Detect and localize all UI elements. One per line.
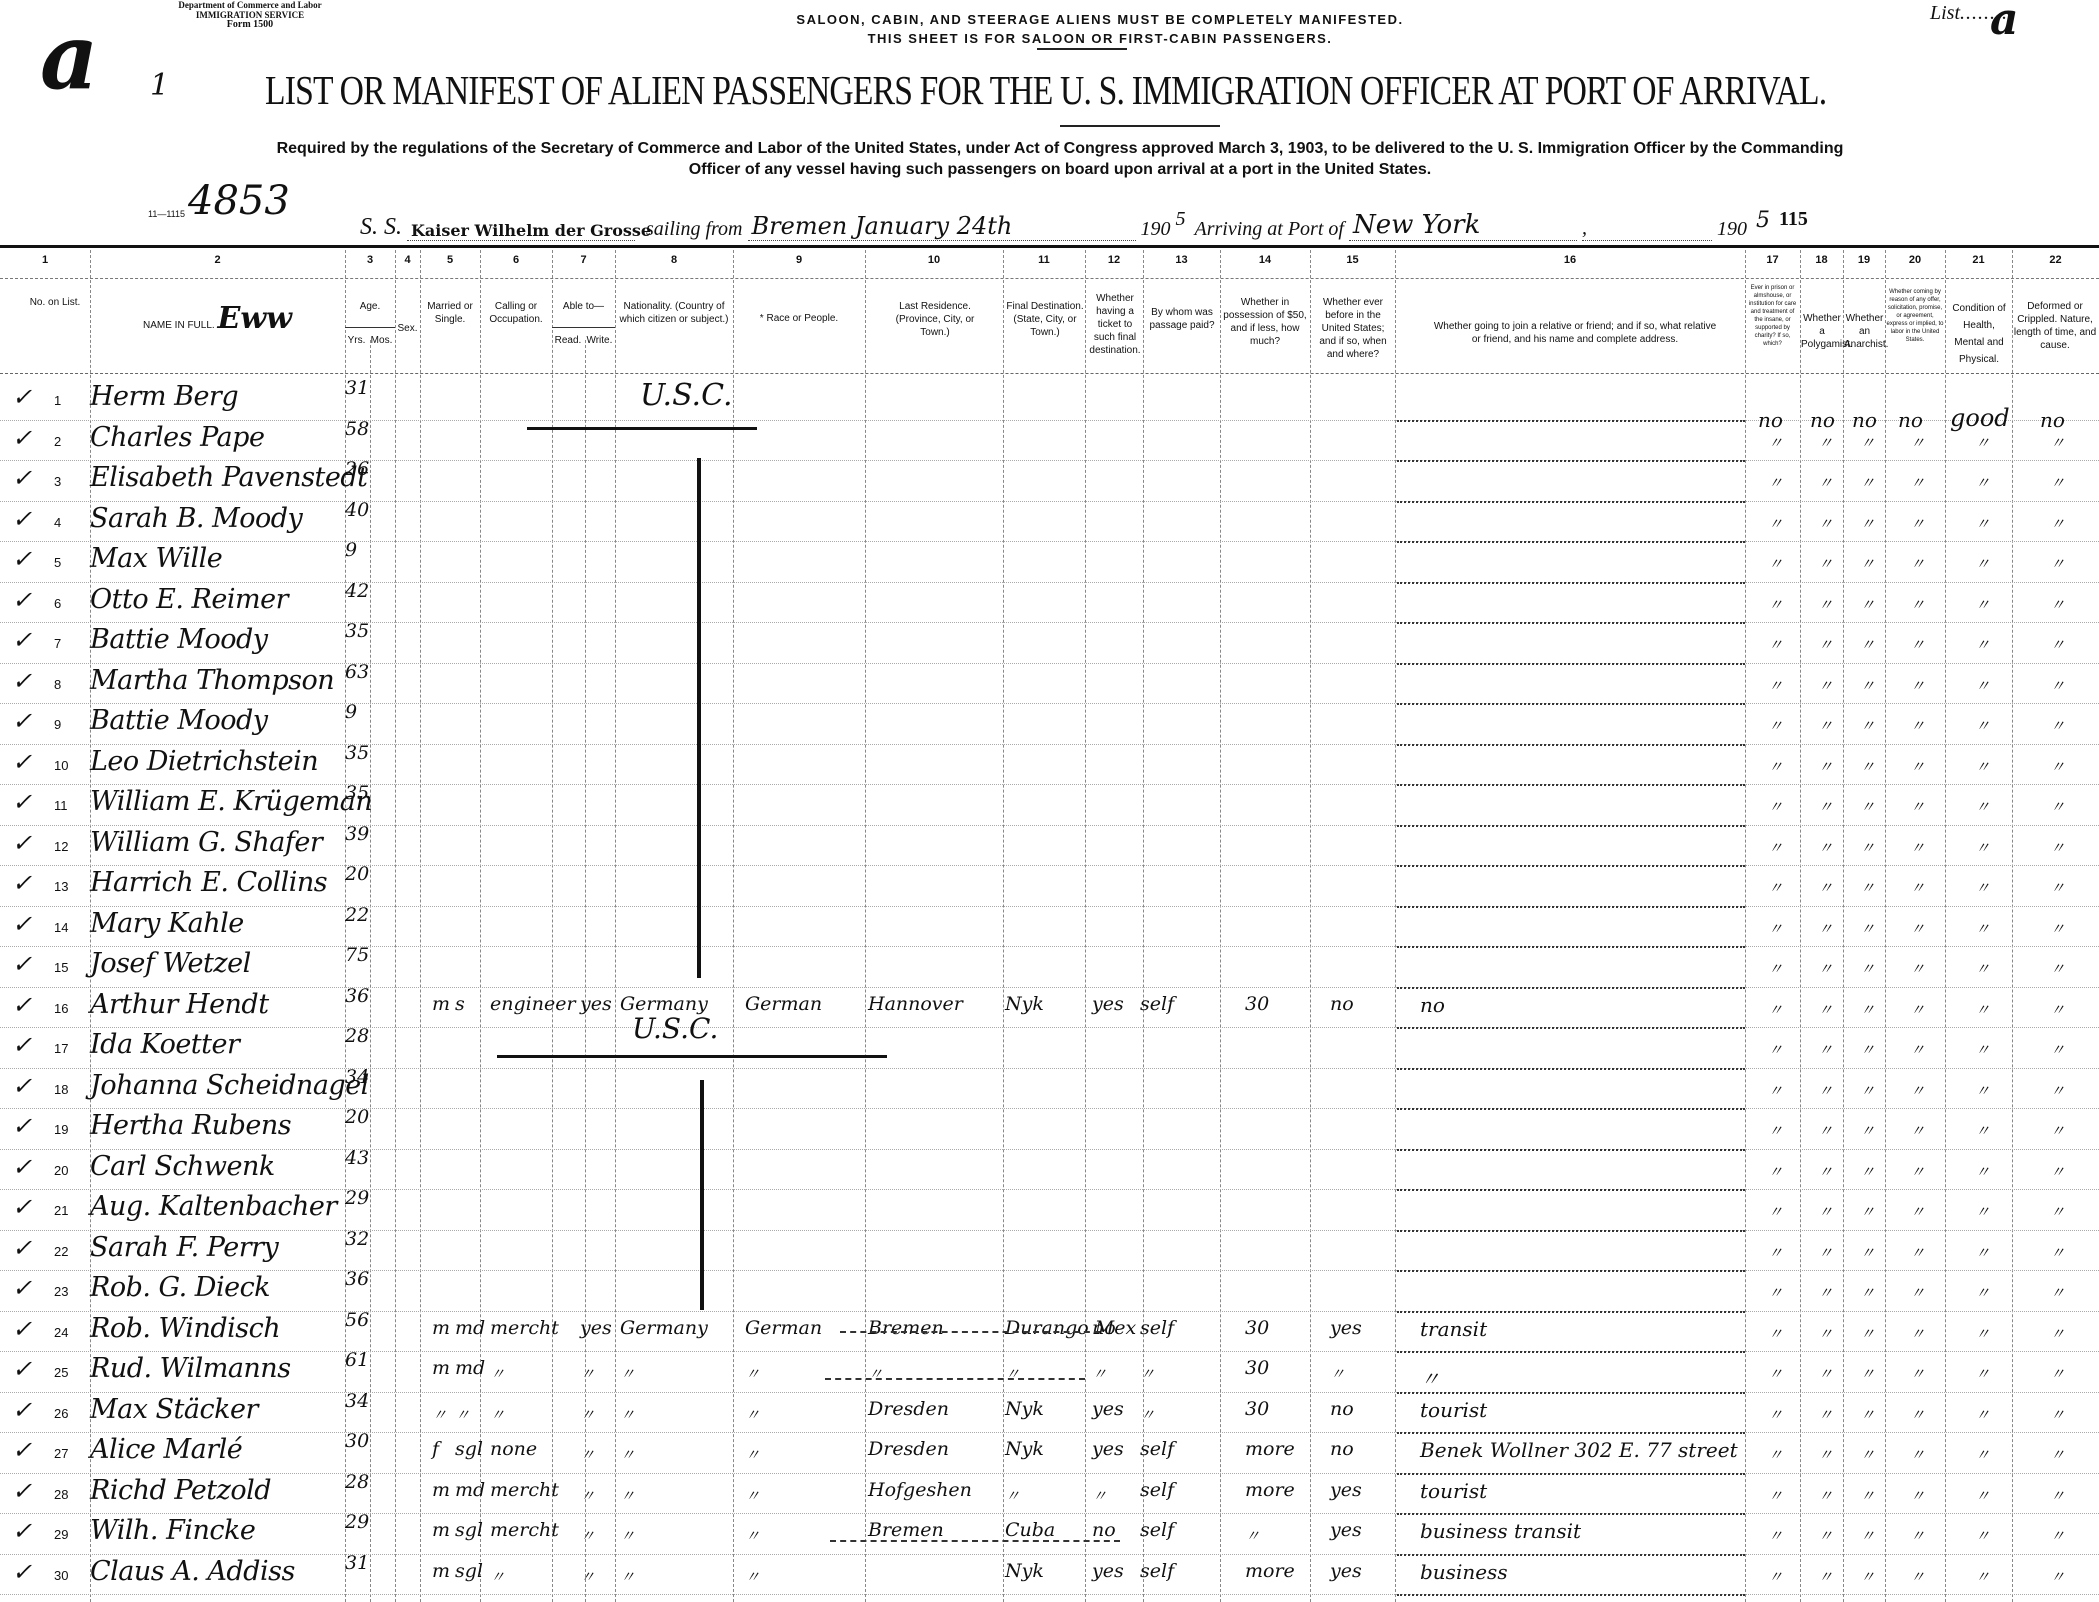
passenger-name: William E. Krügeman xyxy=(90,786,372,817)
ditto-mark: 〃 xyxy=(1910,634,1925,655)
ditto-mark: 〃 xyxy=(1818,1323,1833,1344)
check-mark: ✓ xyxy=(12,1072,32,1100)
ditto-mark: 〃 xyxy=(1818,553,1833,574)
ditto-mark: 〃 xyxy=(1860,1444,1875,1465)
row-last-residence: Dresden xyxy=(868,1398,949,1420)
row-number: 8 xyxy=(54,677,61,692)
passenger-age: 35 xyxy=(345,782,369,804)
sailing-from-label: sailing from xyxy=(646,218,743,241)
check-mark: ✓ xyxy=(12,1112,32,1140)
passenger-age: 9 xyxy=(345,539,357,561)
arriving-port: New York xyxy=(1349,210,1577,241)
ditto-mark: 〃 xyxy=(2050,1566,2065,1587)
row-married: sgl xyxy=(455,1438,483,1460)
ditto-mark: 〃 xyxy=(1910,675,1925,696)
ditto-mark: 〃 xyxy=(1818,796,1833,817)
table-row: ✓21Aug. Kaltenbacher29 xyxy=(0,1191,2099,1232)
ditto-mark: 〃 xyxy=(1860,675,1875,696)
row-occupation: mercht xyxy=(490,1317,559,1339)
ditto-mark: 〃 xyxy=(1860,1525,1875,1546)
ditto-mark: 〃 xyxy=(1910,1485,1925,1506)
column-number: 2 xyxy=(90,254,345,266)
table-row: ✓25Rud. Wilmanns61mmd〃〃〃〃〃〃〃〃30〃〃 xyxy=(0,1353,2099,1394)
ditto-mark: 〃 xyxy=(1818,837,1833,858)
row-read-write: 〃 xyxy=(580,1363,595,1384)
ditto-mark: 〃 xyxy=(1860,796,1875,817)
ditto-mark: 〃 xyxy=(1818,1566,1833,1587)
passenger-name: Max Stäcker xyxy=(90,1394,258,1425)
column-number: 16 xyxy=(1395,254,1745,266)
row-join-relative: business transit xyxy=(1420,1519,1581,1543)
row-paid-by: self xyxy=(1140,1560,1174,1582)
ditto-mark: 〃 xyxy=(1975,1039,1990,1060)
check-mark: ✓ xyxy=(12,545,32,573)
table-row: ✓1Herm Berg31 xyxy=(0,381,2099,422)
row-last-residence: Hannover xyxy=(868,993,963,1015)
passenger-name: Leo Dietrichstein xyxy=(90,746,318,777)
row-before-in-us: yes xyxy=(1330,1479,1362,1501)
row-number: 7 xyxy=(54,636,61,651)
ditto-mark: 〃 xyxy=(2050,796,2065,817)
check-mark: ✓ xyxy=(12,1031,32,1059)
row-sex: m xyxy=(432,1479,450,1501)
row-money: 30 xyxy=(1245,1357,1269,1379)
passenger-age: 31 xyxy=(345,377,369,399)
row-married: 〃 xyxy=(455,1404,470,1425)
warning-line-1: SALOON, CABIN, AND STEERAGE ALIENS MUST … xyxy=(600,10,1600,29)
check-mark: ✓ xyxy=(12,1477,32,1505)
row-ticket: no xyxy=(1092,1519,1116,1541)
ditto-mark: 〃 xyxy=(1818,675,1833,696)
check-mark: ✓ xyxy=(12,505,32,533)
ditto-mark: 〃 xyxy=(1860,1120,1875,1141)
row-nationality: 〃 xyxy=(620,1566,635,1587)
row-number: 12 xyxy=(54,839,68,854)
ditto-mark: 〃 xyxy=(2050,432,2065,453)
check-mark: ✓ xyxy=(12,869,32,897)
usc-underline-2 xyxy=(497,1055,887,1058)
row-number: 30 xyxy=(54,1568,68,1583)
ditto-mark: 〃 xyxy=(2050,1080,2065,1101)
header-yrs: Yrs. xyxy=(348,334,366,347)
row-paid-by: self xyxy=(1140,1479,1174,1501)
ditto-mark: 〃 xyxy=(2050,715,2065,736)
row-last-residence: Bremen xyxy=(868,1519,944,1541)
passenger-name: Elisabeth Pavenstedt xyxy=(90,462,368,493)
ditto-mark: 〃 xyxy=(1818,634,1833,655)
passenger-age: 29 xyxy=(345,1187,369,1209)
ditto-mark: 〃 xyxy=(1818,958,1833,979)
row-sex: f xyxy=(432,1438,439,1460)
passenger-name: Josef Wetzel xyxy=(90,948,251,979)
row-before-in-us: no xyxy=(1330,1398,1354,1420)
row-sex: 〃 xyxy=(432,1404,447,1425)
row-ticket: 〃 xyxy=(1092,1363,1107,1384)
handwritten-annotation: Eww xyxy=(217,301,292,336)
row-paid-by: 〃 xyxy=(1140,1363,1155,1384)
row-nationality: 〃 xyxy=(620,1485,635,1506)
ditto-mark: 〃 xyxy=(1975,594,1990,615)
row-sex: m xyxy=(432,1560,450,1582)
ditto-mark: 〃 xyxy=(1860,634,1875,655)
column-number: 13 xyxy=(1143,254,1220,266)
row-race: 〃 xyxy=(745,1444,760,1465)
ditto-mark: 〃 xyxy=(1910,1444,1925,1465)
row-before-in-us: yes xyxy=(1330,1560,1362,1582)
check-mark: ✓ xyxy=(12,950,32,978)
ditto-mark: 〃 xyxy=(1818,472,1833,493)
ditto-mark: 〃 xyxy=(1768,675,1783,696)
row-destination: Nyk xyxy=(1005,1560,1044,1582)
ditto-mark: 〃 xyxy=(1768,837,1783,858)
row-before-in-us: yes xyxy=(1330,1317,1362,1339)
ditto-mark: 〃 xyxy=(1768,1323,1783,1344)
ditto-mark: 〃 xyxy=(1910,1282,1925,1303)
row-number: 27 xyxy=(54,1446,68,1461)
row-nationality: 〃 xyxy=(620,1525,635,1546)
year-suffix: 5 xyxy=(1176,208,1186,231)
ditto-mark: 〃 xyxy=(1910,1120,1925,1141)
ditto-mark: 〃 xyxy=(1818,1444,1833,1465)
ditto-mark: 〃 xyxy=(1818,1039,1833,1060)
ditto-mark: 〃 xyxy=(1768,1161,1783,1182)
passenger-age: 39 xyxy=(345,823,369,845)
ditto-mark: 〃 xyxy=(1768,1039,1783,1060)
header-age-sub: Yrs. Mos. xyxy=(345,334,395,347)
ditto-mark: 〃 xyxy=(1975,1363,1990,1384)
ditto-mark: 〃 xyxy=(2050,1242,2065,1263)
header-prison: Ever in prison or almshouse, or institut… xyxy=(1746,282,1799,372)
row-sex: m xyxy=(432,1357,450,1379)
row-destination: 〃 xyxy=(1005,1363,1020,1384)
check-mark: ✓ xyxy=(12,667,32,695)
row-number: 4 xyxy=(54,515,61,530)
row-destination: Cuba xyxy=(1005,1519,1055,1541)
ditto-mark: 〃 xyxy=(1860,1039,1875,1060)
ditto-mark: 〃 xyxy=(1768,1525,1783,1546)
page-title: LIST OR MANIFEST OF ALIEN PASSENGERS FOR… xyxy=(265,66,1618,114)
row-nationality: 〃 xyxy=(620,1444,635,1465)
passenger-age: 32 xyxy=(345,1228,369,1250)
column-number: 17 xyxy=(1745,254,1800,266)
ditto-mark: 〃 xyxy=(2050,999,2065,1020)
ditto-mark: 〃 xyxy=(1975,958,1990,979)
row-number: 2 xyxy=(54,434,61,449)
ditto-mark: 〃 xyxy=(1975,1201,1990,1222)
row1-deformed: no xyxy=(2040,408,2065,432)
ditto-mark: 〃 xyxy=(2050,958,2065,979)
ditto-mark: 〃 xyxy=(1910,432,1925,453)
column-numbers: 1 2 3 4 5 6 7 8 9 10 11 12 13 14 15 16 1… xyxy=(0,250,2099,278)
ditto-mark: 〃 xyxy=(1768,1282,1783,1303)
row-occupation: 〃 xyxy=(490,1363,505,1384)
divider xyxy=(1060,125,1220,127)
column-number: 3 xyxy=(345,254,395,266)
table-row: ✓26Max Stäcker34〃〃〃〃〃〃DresdenNykyes〃30no… xyxy=(0,1394,2099,1435)
passenger-name: William G. Shafer xyxy=(90,827,322,858)
ditto-mark: 〃 xyxy=(1975,1282,1990,1303)
ditto-mark: 〃 xyxy=(2050,756,2065,777)
row-number: 18 xyxy=(54,1082,68,1097)
arrival-year-suffix: 5 xyxy=(1756,208,1770,233)
ditto-mark: 〃 xyxy=(1975,1485,1990,1506)
row-ticket: no xyxy=(1092,1317,1116,1339)
ditto-mark: 〃 xyxy=(1910,1039,1925,1060)
ditto-mark: 〃 xyxy=(1910,958,1925,979)
row-number: 9 xyxy=(54,717,61,732)
ship-info-line: S. S. Kaiser Wilhelm der Grosse sailing … xyxy=(360,210,1990,244)
row-before-in-us: no xyxy=(1330,993,1354,1015)
check-mark: ✓ xyxy=(12,1193,32,1221)
table-row: ✓6Otto E. Reimer42 xyxy=(0,584,2099,625)
ditto-brace-2 xyxy=(700,1080,704,1310)
ditto-mark: 〃 xyxy=(1768,1120,1783,1141)
header-read: Read. xyxy=(555,334,582,347)
ditto-mark: 〃 xyxy=(1975,877,1990,898)
check-mark: ✓ xyxy=(12,1274,32,1302)
ditto-mark: 〃 xyxy=(1768,513,1783,534)
column-number: 7 xyxy=(552,254,615,266)
row-money: more xyxy=(1245,1560,1295,1582)
ditto-mark: 〃 xyxy=(2050,1039,2065,1060)
table-row: ✓13Harrich E. Collins20 xyxy=(0,867,2099,908)
row-race: 〃 xyxy=(745,1485,760,1506)
ditto-mark: 〃 xyxy=(1860,553,1875,574)
passenger-age: 34 xyxy=(345,1066,369,1088)
ditto-mark: 〃 xyxy=(1818,715,1833,736)
row-number: 5 xyxy=(54,555,61,570)
ditto-mark: 〃 xyxy=(1818,1404,1833,1425)
table-row: ✓17Ida Koetter28 xyxy=(0,1029,2099,1070)
row-paid-by: self xyxy=(1140,1438,1174,1460)
passenger-age: 40 xyxy=(345,499,369,521)
table-row: ✓15Josef Wetzel75 xyxy=(0,948,2099,989)
row-read-write: 〃 xyxy=(580,1485,595,1506)
row-number: 25 xyxy=(54,1365,68,1380)
ditto-mark: 〃 xyxy=(1910,1404,1925,1425)
row-paid-by: 〃 xyxy=(1140,1404,1155,1425)
passenger-name: Carl Schwenk xyxy=(90,1151,275,1182)
passenger-age: 28 xyxy=(345,1025,369,1047)
passenger-age: 63 xyxy=(345,661,369,683)
ditto-mark: 〃 xyxy=(1860,1485,1875,1506)
column-number: 21 xyxy=(1945,254,2012,266)
ditto-mark: 〃 xyxy=(1818,1485,1833,1506)
row-destination: Nyk xyxy=(1005,993,1044,1015)
check-mark: ✓ xyxy=(12,788,32,816)
check-mark: ✓ xyxy=(12,626,32,654)
ditto-mark: 〃 xyxy=(1910,918,1925,939)
row-race: German xyxy=(745,1317,822,1339)
row-nationality: 〃 xyxy=(620,1404,635,1425)
regulation-line-1: Required by the regulations of the Secre… xyxy=(120,138,2000,159)
row-race: 〃 xyxy=(745,1363,760,1384)
ditto-mark: 〃 xyxy=(2050,918,2065,939)
ditto-mark: 〃 xyxy=(2050,1404,2065,1425)
check-mark: ✓ xyxy=(12,1153,32,1181)
row-number: 29 xyxy=(54,1527,68,1542)
check-mark: ✓ xyxy=(12,424,32,452)
table-row: ✓20Carl Schwenk43 xyxy=(0,1151,2099,1192)
row-number: 17 xyxy=(54,1041,68,1056)
ditto-mark: 〃 xyxy=(1975,1120,1990,1141)
table-row: ✓23Rob. G. Dieck36 xyxy=(0,1272,2099,1313)
ditto-mark: 〃 xyxy=(1768,796,1783,817)
check-mark: ✓ xyxy=(12,707,32,735)
ditto-mark: 〃 xyxy=(2050,1444,2065,1465)
row1-health: good xyxy=(1950,404,2010,432)
ditto-mark: 〃 xyxy=(2050,553,2065,574)
ditto-mark: 〃 xyxy=(1975,472,1990,493)
ditto-mark: 〃 xyxy=(1860,1282,1875,1303)
column-number: 8 xyxy=(615,254,733,266)
warning-notice: SALOON, CABIN, AND STEERAGE ALIENS MUST … xyxy=(600,10,1600,48)
ship-name: Kaiser Wilhelm der Grosse xyxy=(407,221,635,241)
passenger-age: 58 xyxy=(345,418,369,440)
ditto-mark: 〃 xyxy=(1768,634,1783,655)
row-occupation: none xyxy=(490,1438,537,1460)
passenger-name: Mary Kahle xyxy=(90,908,244,939)
ditto-mark: 〃 xyxy=(1975,999,1990,1020)
row-paid-by: self xyxy=(1140,993,1174,1015)
ditto-mark: 〃 xyxy=(1768,472,1783,493)
header-before-in-us: Whether ever before in the United States… xyxy=(1312,282,1394,384)
check-mark: ✓ xyxy=(12,1315,32,1343)
row-sex: m xyxy=(432,1519,450,1541)
table-row: ✓28Richd Petzold28mmdmercht〃〃〃Hofgeshen〃… xyxy=(0,1475,2099,1516)
column-number: 12 xyxy=(1085,254,1143,266)
check-mark: ✓ xyxy=(12,748,32,776)
row-race: 〃 xyxy=(745,1566,760,1587)
ditto-mark: 〃 xyxy=(1860,1080,1875,1101)
table-row: ✓27Alice Marlé30fsglnone〃〃〃DresdenNykyes… xyxy=(0,1434,2099,1475)
ditto-mark: 〃 xyxy=(1818,1201,1833,1222)
regulation-line-2: Officer of any vessel having such passen… xyxy=(120,159,2000,180)
ditto-mark: 〃 xyxy=(1818,513,1833,534)
ditto-mark: 〃 xyxy=(1860,1404,1875,1425)
row-destination: Nyk xyxy=(1005,1438,1044,1460)
passenger-age: 22 xyxy=(345,904,369,926)
department-name: Department of Commerce and Labor xyxy=(150,0,350,10)
column-number: 22 xyxy=(2012,254,2099,266)
row-before-in-us: yes xyxy=(1330,1519,1362,1541)
passenger-name: Sarah F. Perry xyxy=(90,1232,278,1263)
usc-underline xyxy=(527,427,757,430)
ditto-mark: 〃 xyxy=(1910,715,1925,736)
ditto-mark: 〃 xyxy=(1910,594,1925,615)
regulation-text: Required by the regulations of the Secre… xyxy=(120,138,2000,180)
passenger-name: Harrich E. Collins xyxy=(90,867,327,898)
ditto-mark: 〃 xyxy=(1818,1242,1833,1263)
ditto-mark: 〃 xyxy=(1860,1363,1875,1384)
ditto-mark: 〃 xyxy=(1818,432,1833,453)
row-money: more xyxy=(1245,1438,1295,1460)
header-ticket: Whether having a ticket to such final de… xyxy=(1087,282,1143,380)
check-mark: ✓ xyxy=(12,1558,32,1586)
passenger-age: 36 xyxy=(345,1268,369,1290)
ditto-mark: 〃 xyxy=(1910,1363,1925,1384)
table-row: ✓7Battie Moody35 xyxy=(0,624,2099,665)
ditto-mark: 〃 xyxy=(1910,472,1925,493)
row-married: md xyxy=(455,1317,485,1339)
ditto-mark: 〃 xyxy=(1860,1161,1875,1182)
passenger-name: Alice Marlé xyxy=(90,1434,242,1465)
row-join-relative: business xyxy=(1420,1560,1508,1584)
form-number: Form 1500 xyxy=(150,20,350,30)
ditto-mark: 〃 xyxy=(1818,1120,1833,1141)
row-money: 30 xyxy=(1245,1398,1269,1420)
column-number: 14 xyxy=(1220,254,1310,266)
passenger-age: 75 xyxy=(345,944,369,966)
row-before-in-us: no xyxy=(1330,1438,1354,1460)
row-nationality: Germany xyxy=(620,1317,708,1339)
row1-polygamist: no xyxy=(1810,408,1835,432)
row-join-relative: tourist xyxy=(1420,1398,1487,1422)
passenger-age: 28 xyxy=(345,1471,369,1493)
row-paid-by: self xyxy=(1140,1519,1174,1541)
column-number: 11 xyxy=(1003,254,1085,266)
ditto-mark: 〃 xyxy=(1818,756,1833,777)
passenger-age: 30 xyxy=(345,1430,369,1452)
row-number: 26 xyxy=(54,1406,68,1421)
ditto-mark: 〃 xyxy=(2050,1323,2065,1344)
usc-annotation: U.S.C. xyxy=(640,378,733,413)
row-occupation: 〃 xyxy=(490,1404,505,1425)
ditto-mark: 〃 xyxy=(1860,958,1875,979)
row-destination: Nyk xyxy=(1005,1398,1044,1420)
divider xyxy=(1037,48,1127,50)
ditto-mark: 〃 xyxy=(1860,1242,1875,1263)
row-race: 〃 xyxy=(745,1525,760,1546)
row-occupation: mercht xyxy=(490,1519,559,1541)
ditto-mark: 〃 xyxy=(1975,837,1990,858)
ditto-mark: 〃 xyxy=(1860,715,1875,736)
table-row: ✓30Claus A. Addiss31msgl〃〃〃〃Nykyesselfmo… xyxy=(0,1556,2099,1597)
passenger-age: 35 xyxy=(345,742,369,764)
ditto-mark: 〃 xyxy=(1975,432,1990,453)
passenger-age: 56 xyxy=(345,1309,369,1331)
ditto-mark: 〃 xyxy=(1975,1525,1990,1546)
ditto-mark: 〃 xyxy=(1910,999,1925,1020)
passenger-age: 29 xyxy=(345,1511,369,1533)
ditto-mark: 〃 xyxy=(1818,999,1833,1020)
ditto-mark: 〃 xyxy=(1910,1242,1925,1263)
ditto-mark: 〃 xyxy=(2050,634,2065,655)
row-last-residence: Hofgeshen xyxy=(868,1479,972,1501)
ditto-mark: 〃 xyxy=(1860,837,1875,858)
ditto-mark: 〃 xyxy=(1768,1080,1783,1101)
row-join-relative: Benek Wollner 302 E. 77 street xyxy=(1420,1438,1738,1462)
strike-line xyxy=(840,1331,1100,1333)
ditto-mark: 〃 xyxy=(1768,1201,1783,1222)
check-mark: ✓ xyxy=(12,1517,32,1545)
table-row: ✓3Elisabeth Pavenstedt26 xyxy=(0,462,2099,503)
passenger-name: Arthur Hendt xyxy=(90,989,269,1020)
row-number: 13 xyxy=(54,879,68,894)
department-header: Department of Commerce and Labor IMMIGRA… xyxy=(150,0,350,30)
row-destination: Durango Mex xyxy=(1005,1317,1136,1339)
ditto-mark: 〃 xyxy=(2050,877,2065,898)
ditto-mark: 〃 xyxy=(1818,1161,1833,1182)
check-mark: ✓ xyxy=(12,829,32,857)
row-destination: 〃 xyxy=(1005,1485,1020,1506)
ditto-mark: 〃 xyxy=(1818,918,1833,939)
row-number: 24 xyxy=(54,1325,68,1340)
usc-annotation-2: U.S.C. xyxy=(632,1012,718,1045)
header-mos: Mos. xyxy=(371,334,393,347)
row-join-relative: no xyxy=(1420,993,1445,1017)
passenger-age: 26 xyxy=(345,458,369,480)
